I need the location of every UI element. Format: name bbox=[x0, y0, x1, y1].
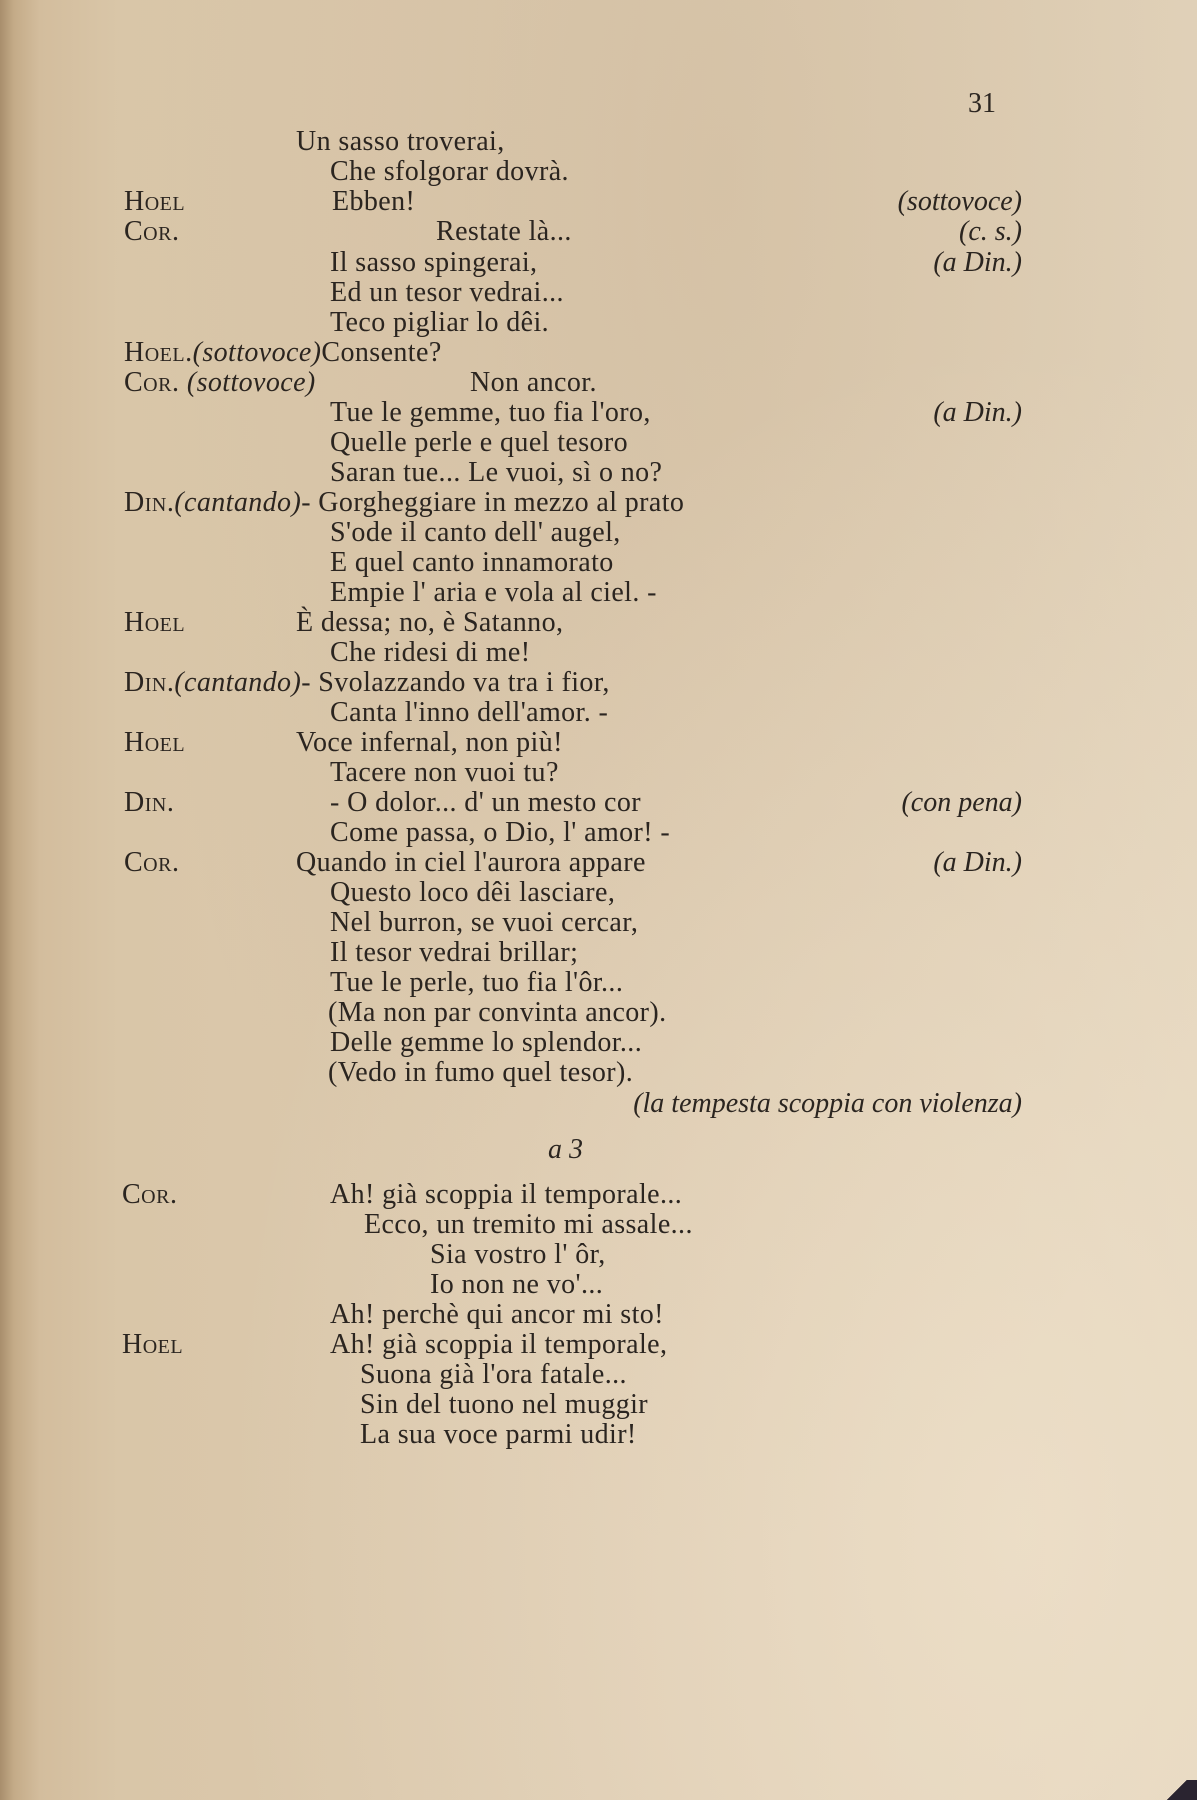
speaker-label: Cor. bbox=[124, 367, 179, 398]
verse-line: Voce infernal, non più! bbox=[296, 727, 563, 759]
speaker-label: Hoel. bbox=[124, 337, 193, 368]
verse-line: Come passa, o Dio, l' amor! - bbox=[330, 817, 670, 849]
speaker-label: Hoel bbox=[124, 607, 185, 639]
speaker-label: Din. bbox=[124, 667, 174, 698]
speaker-with-direction: Din.(cantando)- Svolazzando va tra i fio… bbox=[124, 667, 610, 699]
speaker-with-direction: Din.(cantando)- Gorgheggiare in mezzo al… bbox=[124, 487, 684, 519]
verse-line: Un sasso troverai, bbox=[296, 126, 505, 158]
verse-line: Ed un tesor vedrai... bbox=[330, 277, 564, 309]
speaker-label: Cor. bbox=[124, 847, 179, 879]
verse-line: Quando in ciel l'aurora appare bbox=[296, 847, 646, 879]
verse-line: Ebben! bbox=[332, 186, 415, 218]
speaker-label: Hoel bbox=[124, 727, 185, 759]
verse-line: - O dolor... d' un mesto cor bbox=[330, 787, 641, 819]
verse-line: Canta l'inno dell'amor. - bbox=[330, 697, 608, 729]
verse-line: E quel canto innamorato bbox=[330, 547, 614, 579]
stage-direction: (c. s.) bbox=[959, 216, 1022, 248]
verse-line: Il sasso spingerai, bbox=[330, 247, 537, 279]
stage-direction: (con pena) bbox=[901, 787, 1022, 819]
verse-line: Nel burron, se vuoi cercar, bbox=[330, 907, 638, 939]
verse-line: Ah! già scoppia il temporale, bbox=[330, 1329, 667, 1361]
verse-line: Saran tue... Le vuoi, sì o no? bbox=[330, 457, 662, 489]
verse-line: - Svolazzando va tra i fior, bbox=[301, 667, 610, 698]
speaker-direction: (sottovoce) bbox=[187, 367, 316, 398]
speaker-with-direction: Cor. (sottovoce) bbox=[124, 367, 316, 399]
verse-line: Il tesor vedrai brillar; bbox=[330, 937, 578, 969]
verse-line: Ecco, un tremito mi assale... bbox=[364, 1209, 693, 1241]
speaker-with-direction: Hoel.(sottovoce)Consente? bbox=[124, 337, 442, 369]
verse-line: Suona già l'ora fatale... bbox=[360, 1359, 627, 1391]
stage-direction: (a Din.) bbox=[933, 847, 1022, 879]
verse-line: Teco pigliar lo dêi. bbox=[330, 307, 549, 339]
verse-line: Che ridesi di me! bbox=[330, 637, 530, 669]
stage-direction: (sottovoce) bbox=[898, 186, 1022, 218]
speaker-label: Din. bbox=[124, 487, 174, 518]
speaker-label: Hoel bbox=[122, 1329, 183, 1361]
speaker-label: Cor. bbox=[122, 1179, 177, 1211]
verse-line: S'ode il canto dell' augel, bbox=[330, 517, 621, 549]
verse-line: Tacere non vuoi tu? bbox=[330, 757, 559, 789]
verse-line: La sua voce parmi udir! bbox=[360, 1419, 637, 1451]
verse-line: - Gorgheggiare in mezzo al prato bbox=[301, 487, 684, 518]
verse-line: Tue le perle, tuo fia l'ôr... bbox=[330, 967, 623, 999]
verse-line: È dessa; no, è Satanno, bbox=[296, 607, 563, 639]
verse-line: (Vedo in fumo quel tesor). bbox=[328, 1057, 633, 1089]
verse-line: (Ma non par convinta ancor). bbox=[328, 997, 667, 1029]
verse-line: Consente? bbox=[321, 337, 441, 368]
stage-direction: (a Din.) bbox=[933, 397, 1022, 429]
verse-line: Io non ne vo'... bbox=[430, 1269, 603, 1301]
verse-line: Sia vostro l' ôr, bbox=[430, 1239, 606, 1271]
speaker-label: Din. bbox=[124, 787, 174, 819]
speaker-label: Cor. bbox=[124, 216, 179, 248]
speaker-direction: (cantando) bbox=[174, 667, 301, 698]
verse-line: Ah! già scoppia il temporale... bbox=[330, 1179, 682, 1211]
section-heading: a 3 bbox=[548, 1134, 583, 1166]
stage-direction: (a Din.) bbox=[933, 247, 1022, 279]
verse-line: Che sfolgorar dovrà. bbox=[330, 156, 569, 188]
verse-line: Questo loco dêi lasciare, bbox=[330, 877, 615, 909]
verse-line: Non ancor. bbox=[470, 367, 597, 399]
verse-line: Restate là... bbox=[436, 216, 572, 248]
stage-direction: (la tempesta scoppia con violenza) bbox=[633, 1088, 1022, 1120]
speaker-direction: (sottovoce) bbox=[193, 337, 322, 368]
verse-line: Tue le gemme, tuo fia l'oro, bbox=[330, 397, 651, 429]
book-page: 31 Un sasso troverai, Che sfolgorar dovr… bbox=[0, 0, 1197, 1800]
verse-line: Ah! perchè qui ancor mi sto! bbox=[330, 1299, 664, 1331]
page-number: 31 bbox=[968, 88, 996, 120]
verse-line: Quelle perle e quel tesoro bbox=[330, 427, 628, 459]
verse-line: Empie l' aria e vola al ciel. - bbox=[330, 577, 657, 609]
verse-line: Delle gemme lo splendor... bbox=[330, 1027, 642, 1059]
verse-line: Sin del tuono nel muggir bbox=[360, 1389, 648, 1421]
speaker-label: Hoel bbox=[124, 186, 185, 218]
speaker-direction: (cantando) bbox=[174, 487, 301, 518]
